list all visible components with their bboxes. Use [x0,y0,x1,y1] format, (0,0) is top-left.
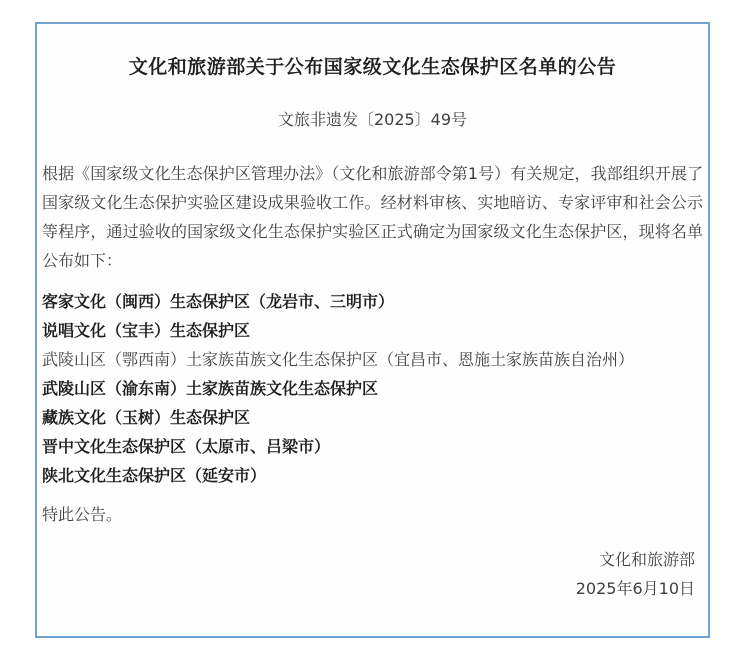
list-item: 陕北文化生态保护区（延安市） [42,461,703,490]
issuer-name: 文化和旅游部 [42,545,695,574]
signature-block: 文化和旅游部 2025年6月10日 [42,545,703,603]
list-item: 藏族文化（玉树）生态保护区 [42,403,703,432]
list-item: 晋中文化生态保护区（太原市、吕梁市） [42,432,703,461]
document-title: 文化和旅游部关于公布国家级文化生态保护区名单的公告 [42,54,703,80]
body-paragraph: 根据《国家级文化生态保护区管理办法》（文化和旅游部令第1号）有关规定，我部组织开… [42,159,703,275]
list-item: 武陵山区（鄂西南）土家族苗族文化生态保护区（宜昌市、恩施土家族苗族自治州） [42,345,703,374]
issue-date: 2025年6月10日 [42,574,695,603]
protection-zone-list: 客家文化（闽西）生态保护区（龙岩市、三明市） 说唱文化（宝丰）生态保护区 武陵山… [42,287,703,490]
list-item: 武陵山区（渝东南）土家族苗族文化生态保护区 [42,374,703,403]
document-frame: 文化和旅游部关于公布国家级文化生态保护区名单的公告 文旅非遗发〔2025〕49号… [35,22,710,638]
closing-statement: 特此公告。 [42,500,703,529]
list-item: 说唱文化（宝丰）生态保护区 [42,316,703,345]
list-item: 客家文化（闽西）生态保护区（龙岩市、三明市） [42,287,703,316]
document-number: 文旅非遗发〔2025〕49号 [42,107,703,133]
